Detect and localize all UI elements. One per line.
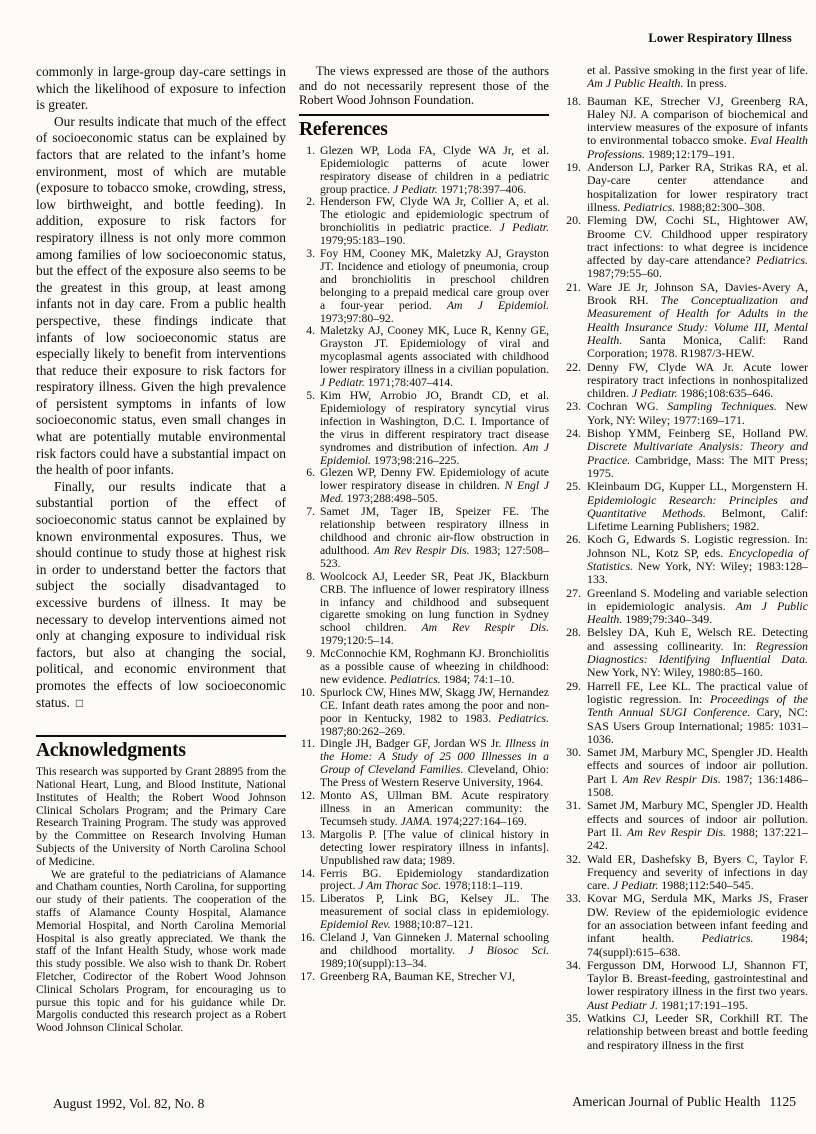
journal-page: Lower Respiratory Illness commonly in la… [0, 0, 816, 1134]
reference-number: 33. [562, 892, 581, 905]
reference-text: Fergusson DM, Horwood LJ, Shannon FT, Ta… [587, 958, 808, 1012]
reference-item: 5.Kim HW, Arrobio JO, Brandt CD, et al. … [299, 390, 549, 467]
reference-text: Foy HM, Cooney MK, Maletzky AJ, Grayston… [320, 247, 549, 325]
reference-text: Margolis P. [The value of clinical histo… [320, 828, 549, 867]
reference-text: Samet JM, Tager IB, Speizer FE. The rela… [320, 505, 549, 570]
reference-text: Koch G, Edwards S. Logistic regression. … [587, 532, 808, 586]
reference-item: 12.Monto AS, Ullman BM. Acute respirator… [299, 790, 549, 829]
reference-continuation: et al. Passive smoking in the first year… [562, 64, 808, 91]
reference-number: 22. [562, 361, 581, 374]
reference-number: 20. [562, 214, 581, 227]
reference-number: 9. [299, 648, 315, 661]
reference-item: 34.Fergusson DM, Horwood LJ, Shannon FT,… [562, 959, 808, 1012]
reference-item: 19.Anderson LJ, Parker RA, Strikas RA, e… [562, 161, 808, 214]
reference-text: Kleinbaum DG, Kupper LL, Morgenstern H. … [587, 479, 808, 533]
reference-item: 9.McConnochie KM, Roghmann KJ. Bronchiol… [299, 648, 549, 687]
reference-text: Woolcock AJ, Leeder SR, Peat JK, Blackbu… [320, 570, 549, 648]
reference-number: 24. [562, 427, 581, 440]
reference-number: 25. [562, 480, 581, 493]
column-middle: The views expressed are those of the aut… [299, 64, 549, 1052]
reference-item: 32.Wald ER, Dashefsky B, Byers C, Taylor… [562, 853, 808, 893]
reference-item: 10.Spurlock CW, Hines MW, Skagg JW, Hern… [299, 687, 549, 739]
reference-number: 17. [299, 971, 315, 984]
reference-text: Denny FW, Clyde WA Jr. Acute lower respi… [587, 360, 808, 401]
reference-number: 6. [299, 467, 315, 480]
reference-number: 32. [562, 853, 581, 866]
paragraph-text: Finally, our results indicate that a sub… [36, 479, 286, 710]
reference-item: 24.Bishop YMM, Feinberg SE, Holland PW. … [562, 427, 808, 480]
reference-item: 16.Cleland J, Van Ginneken J. Maternal s… [299, 932, 549, 971]
reference-item: 21.Ware JE Jr, Johnson SA, Davies-Avery … [562, 281, 808, 361]
reference-text: Greenland S. Modeling and variable selec… [587, 586, 808, 627]
reference-text: Dingle JH, Badger GF, Jordan WS Jr. Illn… [320, 737, 549, 789]
reference-number: 11. [299, 738, 315, 751]
reference-text: Harrell FE, Lee KL. The practical value … [587, 679, 808, 746]
reference-item: 13.Margolis P. [The value of clinical hi… [299, 829, 549, 868]
reference-number: 26. [562, 533, 581, 546]
references-heading: References [299, 119, 549, 141]
reference-number: 4. [299, 325, 315, 338]
reference-number: 5. [299, 390, 315, 403]
disclaimer-paragraph: The views expressed are those of the aut… [299, 64, 549, 108]
reference-number: 29. [562, 680, 581, 693]
reference-number: 8. [299, 571, 315, 584]
reference-item: 25.Kleinbaum DG, Kupper LL, Morgenstern … [562, 480, 808, 533]
reference-number: 10. [299, 687, 315, 700]
acknowledgments-paragraph: This research was supported by Grant 288… [36, 766, 286, 868]
reference-item: 7.Samet JM, Tager IB, Speizer FE. The re… [299, 506, 549, 571]
reference-text: Cochran WG. Sampling Techniques. New Yor… [587, 399, 808, 426]
reference-text: Monto AS, Ullman BM. Acute respiratory i… [320, 789, 549, 828]
reference-text: Anderson LJ, Parker RA, Strikas RA, et a… [587, 160, 808, 214]
reference-item: 20.Fleming DW, Cochi SL, Hightower AW, B… [562, 214, 808, 280]
paragraph: Finally, our results indicate that a sub… [36, 479, 286, 711]
references-list-col2: 1.Glezen WP, Loda FA, Clyde WA Jr, et al… [299, 145, 549, 984]
paragraph: commonly in large-group day-care setting… [36, 64, 286, 114]
reference-text: Liberatos P, Link BG, Kelsey JL. The mea… [320, 892, 549, 931]
section-rule [299, 114, 549, 116]
reference-number: 2. [299, 196, 315, 209]
reference-item: 1.Glezen WP, Loda FA, Clyde WA Jr, et al… [299, 145, 549, 197]
reference-number: 23. [562, 400, 581, 413]
reference-text: Ferris BG. Epidemiology standardization … [320, 867, 549, 893]
reference-item: 14.Ferris BG. Epidemiology standardizati… [299, 868, 549, 894]
reference-text: Kovar MG, Serdula MK, Marks JS, Fraser D… [587, 891, 808, 958]
column-left: commonly in large-group day-care setting… [36, 64, 286, 1052]
reference-text: Maletzky AJ, Cooney MK, Luce R, Kenny GE… [320, 324, 549, 389]
reference-item: 31.Samet JM, Marbury MC, Spengler JD. He… [562, 799, 808, 852]
page-columns: commonly in large-group day-care setting… [36, 64, 808, 1052]
end-of-article-mark: □ [70, 696, 85, 710]
reference-number: 21. [562, 281, 581, 294]
reference-number: 34. [562, 959, 581, 972]
reference-item: 26.Koch G, Edwards S. Logistic regressio… [562, 533, 808, 586]
reference-text: Samet JM, Marbury MC, Spengler JD. Healt… [587, 798, 808, 852]
reference-item: 18.Bauman KE, Strecher VJ, Greenberg RA,… [562, 95, 808, 161]
reference-number: 16. [299, 932, 315, 945]
reference-number: 14. [299, 868, 315, 881]
reference-item: 27.Greenland S. Modeling and variable se… [562, 587, 808, 627]
reference-text: McConnochie KM, Roghmann KJ. Bronchiolit… [320, 647, 549, 686]
footer-issue: August 1992, Vol. 82, No. 8 [53, 1096, 204, 1112]
acknowledgments-heading: Acknowledgments [36, 740, 286, 762]
reference-item: 6.Glezen WP, Denny FW. Epidemiology of a… [299, 467, 549, 506]
section-rule [36, 735, 286, 737]
reference-number: 27. [562, 587, 581, 600]
reference-number: 13. [299, 829, 315, 842]
reference-item: 29.Harrell FE, Lee KL. The practical val… [562, 680, 808, 746]
reference-item: 2.Henderson FW, Clyde WA Jr, Collier A, … [299, 196, 549, 248]
running-head: Lower Respiratory Illness [648, 31, 792, 46]
reference-item: 30.Samet JM, Marbury MC, Spengler JD. He… [562, 746, 808, 799]
reference-item: 8.Woolcock AJ, Leeder SR, Peat JK, Black… [299, 571, 549, 648]
reference-item: 22.Denny FW, Clyde WA Jr. Acute lower re… [562, 361, 808, 401]
reference-item: 33.Kovar MG, Serdula MK, Marks JS, Frase… [562, 892, 808, 958]
reference-text: Watkins CJ, Leeder SR, Corkhill RT. The … [587, 1011, 808, 1052]
reference-item: 17.Greenberg RA, Bauman KE, Strecher VJ, [299, 971, 549, 984]
reference-number: 18. [562, 95, 581, 108]
reference-text: Spurlock CW, Hines MW, Skagg JW, Hernand… [320, 686, 549, 738]
reference-text: Fleming DW, Cochi SL, Hightower AW, Broo… [587, 213, 808, 280]
reference-text: Greenberg RA, Bauman KE, Strecher VJ, [320, 970, 515, 983]
reference-number: 1. [299, 145, 315, 158]
reference-number: 35. [562, 1012, 581, 1025]
reference-item: 4.Maletzky AJ, Cooney MK, Luce R, Kenny … [299, 325, 549, 390]
reference-number: 28. [562, 626, 581, 639]
reference-text: Henderson FW, Clyde WA Jr, Collier A, et… [320, 195, 549, 247]
reference-text: Glezen WP, Denny FW. Epidemiology of acu… [320, 466, 549, 505]
paragraph: Our results indicate that much of the ef… [36, 114, 286, 479]
reference-text: Wald ER, Dashefsky B, Byers C, Taylor F.… [587, 852, 808, 893]
reference-number: 12. [299, 790, 315, 803]
reference-item: 11.Dingle JH, Badger GF, Jordan WS Jr. I… [299, 738, 549, 790]
reference-text: Ware JE Jr, Johnson SA, Davies-Avery A, … [587, 280, 808, 360]
acknowledgments-paragraph: We are grateful to the pediatricians of … [36, 869, 286, 1035]
footer-journal: American Journal of Public Health1125 [572, 1094, 796, 1110]
references-list-col3: 18.Bauman KE, Strecher VJ, Greenberg RA,… [562, 95, 808, 1052]
reference-text: Samet JM, Marbury MC, Spengler JD. Healt… [587, 745, 808, 799]
reference-number: 3. [299, 248, 315, 261]
reference-item: 23.Cochran WG. Sampling Techniques. New … [562, 400, 808, 427]
reference-number: 15. [299, 893, 315, 906]
footer-page-number: 1125 [770, 1094, 797, 1109]
reference-number: 19. [562, 161, 581, 174]
column-right: et al. Passive smoking in the first year… [562, 64, 808, 1052]
reference-number: 7. [299, 506, 315, 519]
reference-number: 30. [562, 746, 581, 759]
reference-item: 15.Liberatos P, Link BG, Kelsey JL. The … [299, 893, 549, 932]
reference-text: Bauman KE, Strecher VJ, Greenberg RA, Ha… [587, 94, 808, 161]
reference-item: 28.Belsley DA, Kuh E, Welsch RE. Detecti… [562, 626, 808, 679]
reference-text: Belsley DA, Kuh E, Welsch RE. Detecting … [587, 625, 808, 679]
reference-text: Cleland J, Van Ginneken J. Maternal scho… [320, 931, 549, 970]
reference-text: Bishop YMM, Feinberg SE, Holland PW. Dis… [587, 426, 808, 480]
reference-item: 35.Watkins CJ, Leeder SR, Corkhill RT. T… [562, 1012, 808, 1052]
reference-text: Glezen WP, Loda FA, Clyde WA Jr, et al. … [320, 144, 549, 196]
reference-item: 3.Foy HM, Cooney MK, Maletzky AJ, Grayst… [299, 248, 549, 325]
reference-text: Kim HW, Arrobio JO, Brandt CD, et al. Ep… [320, 389, 549, 467]
reference-number: 31. [562, 799, 581, 812]
footer-journal-name: American Journal of Public Health [572, 1094, 760, 1109]
